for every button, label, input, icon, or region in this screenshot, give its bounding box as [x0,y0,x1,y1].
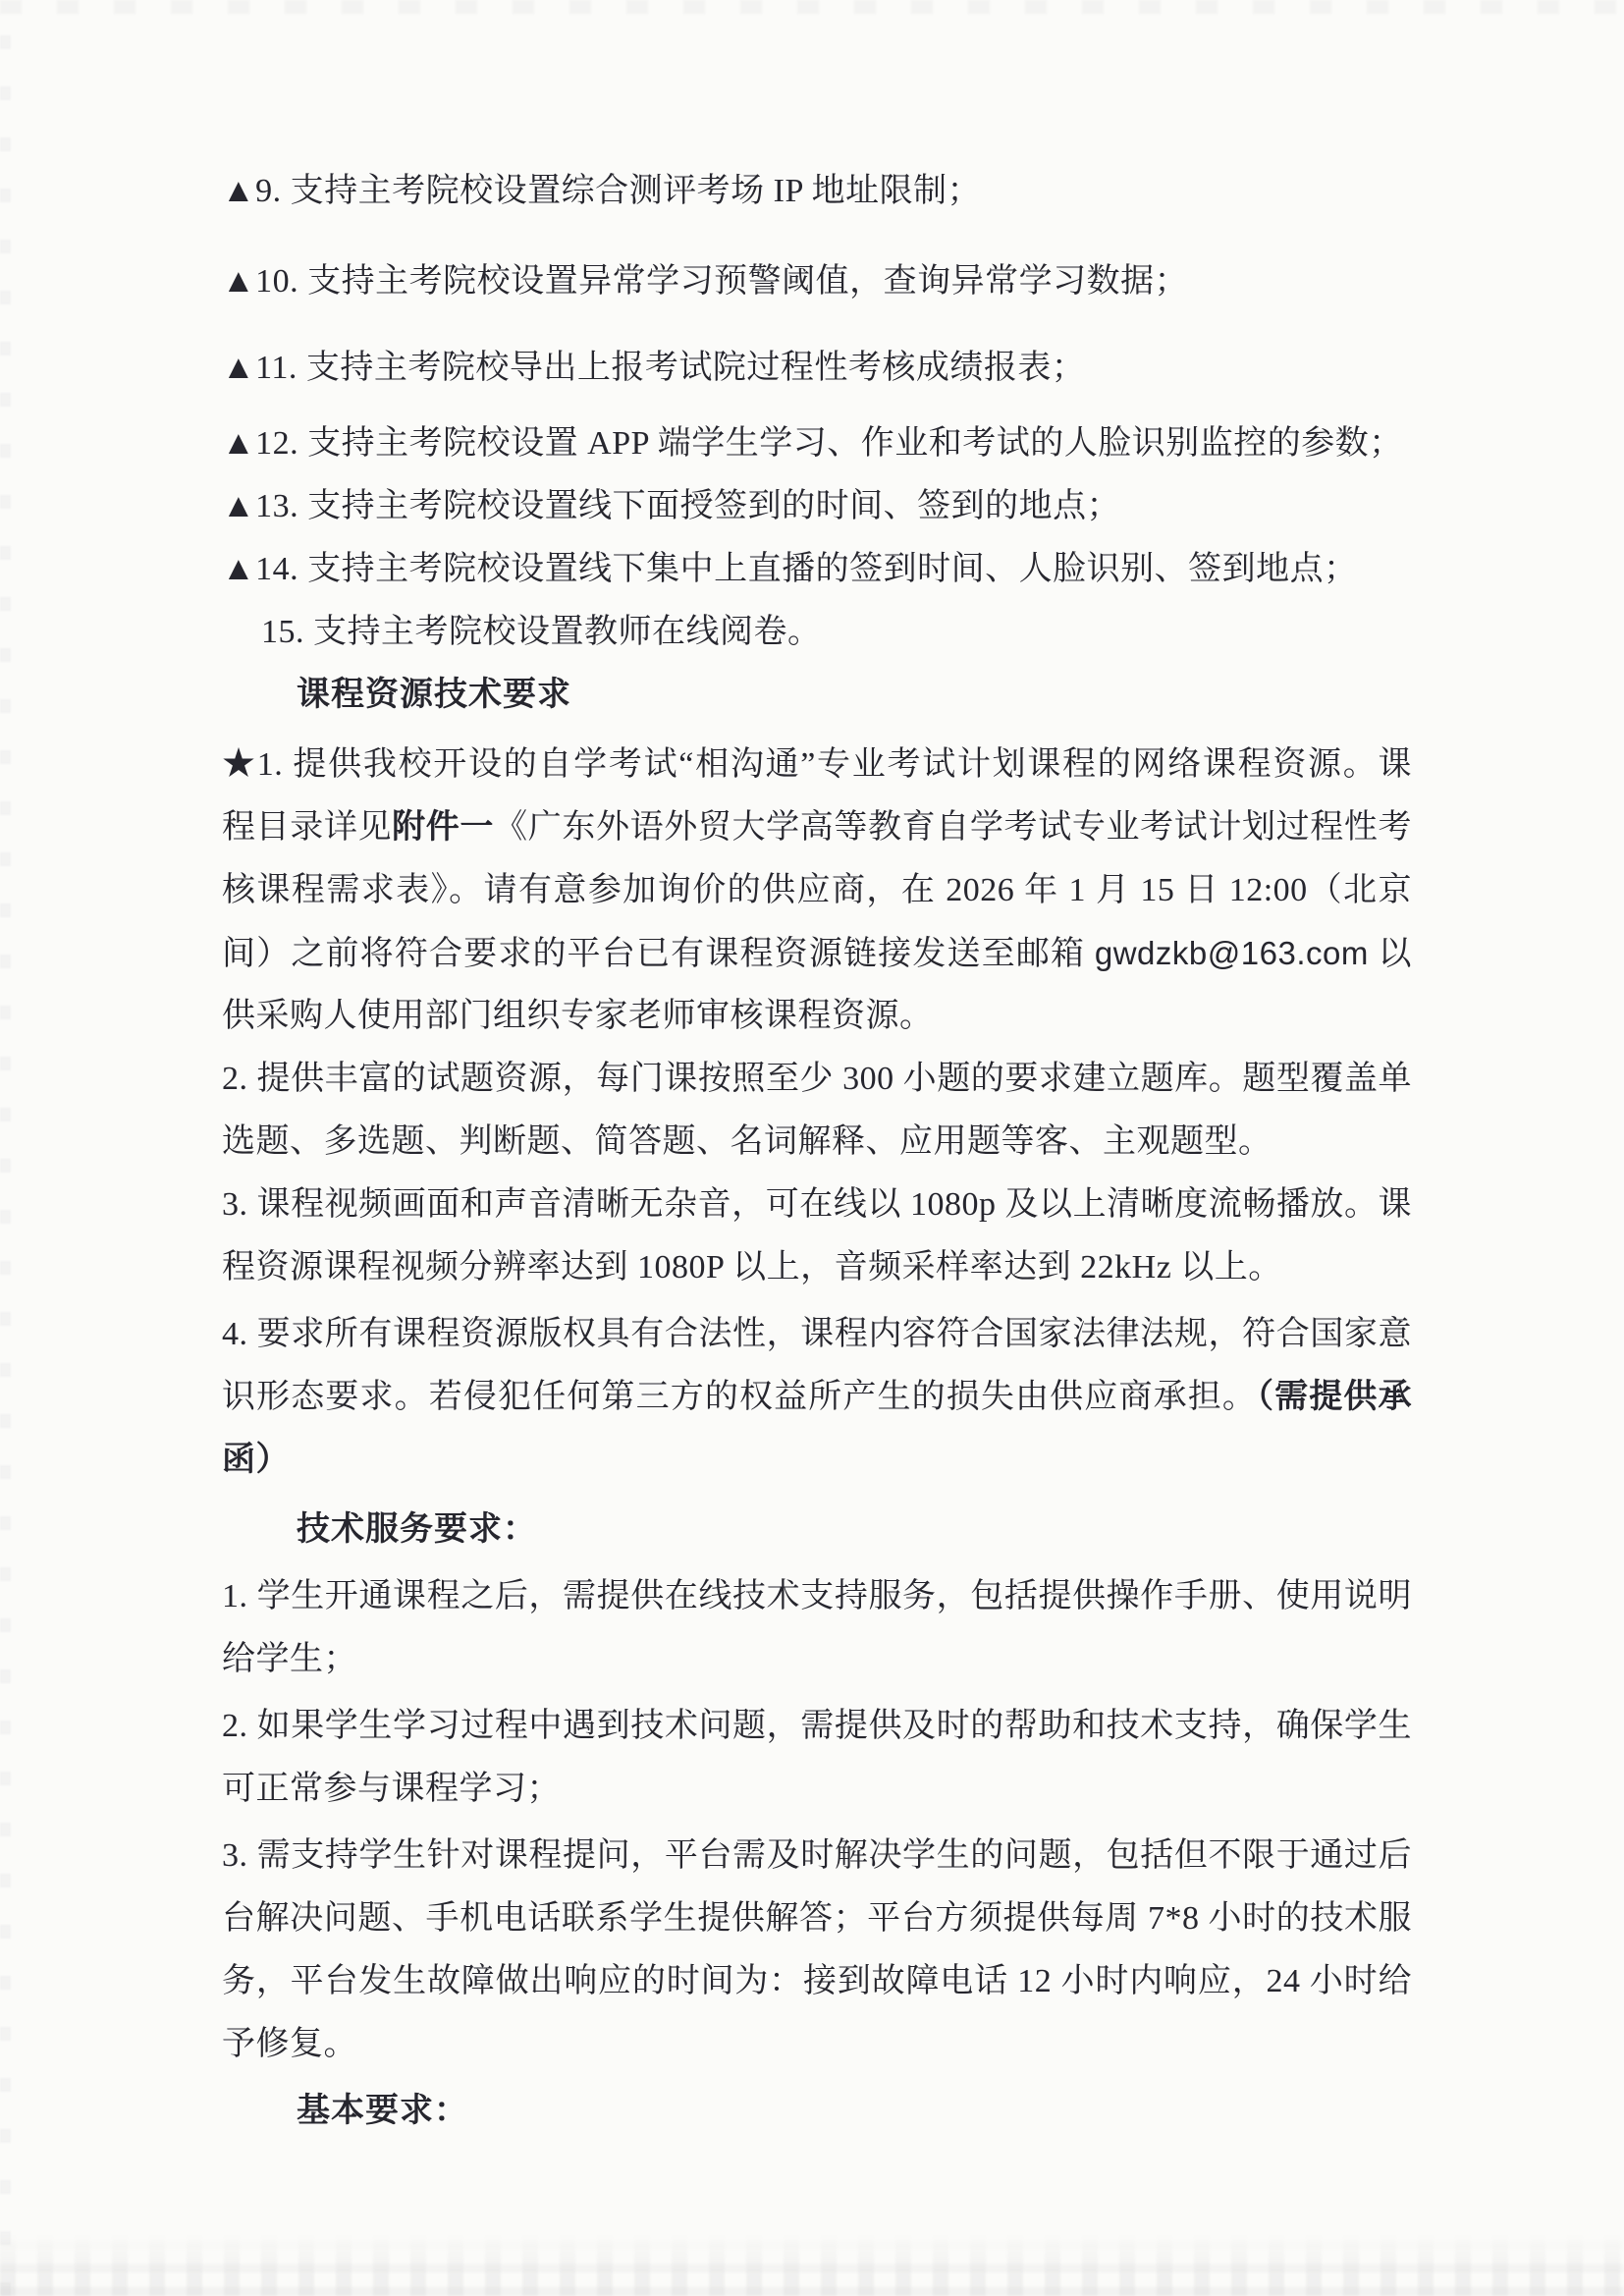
text-segment: 《广东外语外贸大学高等教育自学考试专业考试计划过程性考 [494,809,1412,846]
course-req-1-line-2: 程目录详见附件一《广东外语外贸大学高等教育自学考试专业考试计划过程性考 [222,796,1412,859]
bold-text-segment: 函） [222,1442,290,1478]
text-segment: 2. 提供丰富的试题资源，每门课按照至少 300 小题的要求建立题库。题型覆盖单 [222,1061,1412,1097]
course-req-1-line-4: 间）之前将符合要求的平台已有课程资源链接发送至邮箱 gwdzkb@163.com… [222,922,1412,985]
service-req-2-line-2: 可正常参与课程学习； [222,1758,1412,1821]
requirement-item-10: ▲10. 支持主考院校设置异常学习预警阈值，查询异常学习数据； [222,250,1412,313]
text-segment: 程资源课程视频分辨率达到 1080P 以上，音频采样率达到 22kHz 以上。 [222,1249,1282,1285]
course-req-4-line-2: 识形态要求。若侵犯任何第三方的权益所产生的损失由供应商承担。（需提供承诺 [222,1366,1412,1429]
course-req-1-line-1: ★1. 提供我校开设的自学考试“相沟通”专业考试计划课程的网络课程资源。课 [222,734,1412,796]
section-heading-course-resource-requirements: 课程资源技术要求 [222,664,1412,727]
text-segment: 供采购人使用部门组织专家老师审核课程资源。 [222,998,934,1034]
text-segment: ▲14. 支持主考院校设置线下集中上直播的签到时间、人脸识别、签到地点； [222,551,1358,587]
text-segment: 4. 要求所有课程资源版权具有合法性，课程内容符合国家法律法规，符合国家意 [222,1316,1412,1352]
requirement-item-15: 15. 支持主考院校设置教师在线阅卷。 [222,601,1412,664]
text-segment: 予修复。 [222,2026,357,2062]
text-segment: ★1. 提供我校开设的自学考试“相沟通”专业考试计划课程的网络课程资源。课 [222,746,1412,783]
document-body: ▲9. 支持主考院校设置综合测评考场 IP 地址限制；▲10. 支持主考院校设置… [222,160,1412,2143]
course-req-1-line-3: 核课程需求表》。请有意参加询价的供应商，在 2026 年 1 月 15 日 12… [222,859,1412,922]
text-segment: 技术服务要求： [297,1511,537,1548]
text-segment: 15. 支持主考院校设置教师在线阅卷。 [261,614,822,650]
course-req-4-line-3: 函） [222,1429,1412,1492]
text-segment: 给学生； [222,1641,357,1677]
text-segment: 程目录详见 [222,809,392,846]
course-req-3-line-1: 3. 课程视频画面和声音清晰无杂音，可在线以 1080p 及以上清晰度流畅播放。… [222,1174,1412,1236]
text-segment: 基本要求： [297,2093,468,2129]
requirement-item-9: ▲9. 支持主考院校设置综合测评考场 IP 地址限制； [222,160,1412,223]
text-segment: ▲9. 支持主考院校设置综合测评考场 IP 地址限制； [222,173,981,209]
course-req-2-line-1: 2. 提供丰富的试题资源，每门课按照至少 300 小题的要求建立题库。题型覆盖单 [222,1048,1412,1111]
service-req-3-line-1: 3. 需支持学生针对课程提问，平台需及时解决学生的问题，包括但不限于通过后 [222,1825,1412,1887]
text-segment: 3. 需支持学生针对课程提问，平台需及时解决学生的问题，包括但不限于通过后 [222,1837,1412,1874]
requirement-item-11: ▲11. 支持主考院校导出上报考试院过程性考核成绩报表； [222,337,1412,400]
text-segment: 核课程需求表》。请有意参加询价的供应商，在 2026 年 1 月 15 日 12… [222,872,1412,922]
service-req-2-line-1: 2. 如果学生学习过程中遇到技术问题，需提供及时的帮助和技术支持，确保学生 [222,1695,1412,1758]
course-req-4-line-1: 4. 要求所有课程资源版权具有合法性，课程内容符合国家法律法规，符合国家意 [222,1303,1412,1366]
service-req-1-line-1: 1. 学生开通课程之后，需提供在线技术支持服务，包括提供操作手册、使用说明 [222,1565,1412,1628]
service-req-1-line-2: 给学生； [222,1628,1412,1691]
text-segment: 3. 课程视频画面和声音清晰无杂音，可在线以 1080p 及以上清晰度流畅播放。… [222,1186,1412,1223]
course-req-3-line-2: 程资源课程视频分辨率达到 1080P 以上，音频采样率达到 22kHz 以上。 [222,1236,1412,1299]
text-segment: 间）之前将符合要求的平台已有课程资源链接发送至邮箱 [222,936,1095,972]
text-segment: 可正常参与课程学习； [222,1771,561,1807]
service-req-3-line-4: 予修复。 [222,2013,1412,2076]
text-segment: 课程资源技术要求 [297,677,571,713]
scan-noise-top [0,0,1624,14]
text-segment: ▲10. 支持主考院校设置异常学习预警阈值，查询异常学习数据； [222,263,1188,300]
course-req-1-line-5: 供采购人使用部门组织专家老师审核课程资源。 [222,985,1412,1048]
latin-text-segment: gwdzkb@163.com [1095,935,1369,971]
scan-noise-left [0,0,11,2296]
requirement-item-12: ▲12. 支持主考院校设置 APP 端学生学习、作业和考试的人脸识别监控的参数； [222,412,1412,475]
bold-text-segment: 附件一 [392,809,494,846]
text-segment: 识形态要求。若侵犯任何第三方的权益所产生的损失由供应商承担。 [222,1379,1257,1415]
text-segment: 以 [1369,936,1412,972]
text-segment: 台解决问题、手机电话联系学生提供解答；平台方须提供每周 7*8 小时的技术服 [222,1900,1412,1937]
text-segment: 2. 如果学生学习过程中遇到技术问题，需提供及时的帮助和技术支持，确保学生 [222,1708,1412,1744]
text-segment: 务，平台发生故障做出响应的时间为：接到故障电话 12 小时内响应，24 小时给 [222,1963,1412,1999]
requirement-item-14: ▲14. 支持主考院校设置线下集中上直播的签到时间、人脸识别、签到地点； [222,538,1412,601]
section-heading-basic-requirements: 基本要求： [222,2080,1412,2143]
section-heading-technical-service-requirements: 技术服务要求： [222,1499,1412,1561]
course-req-2-line-2: 选题、多选题、判断题、简答题、名词解释、应用题等客、主观题型。 [222,1111,1412,1174]
text-segment: ▲12. 支持主考院校设置 APP 端学生学习、作业和考试的人脸识别监控的参数； [222,425,1403,462]
service-req-3-line-2: 台解决问题、手机电话联系学生提供解答；平台方须提供每周 7*8 小时的技术服 [222,1887,1412,1950]
text-segment: 选题、多选题、判断题、简答题、名词解释、应用题等客、主观题型。 [222,1123,1272,1160]
scan-noise-bottom [0,2233,1624,2296]
text-segment: ▲13. 支持主考院校设置线下面授签到的时间、签到的地点； [222,488,1120,524]
service-req-3-line-3: 务，平台发生故障做出响应的时间为：接到故障电话 12 小时内响应，24 小时给 [222,1950,1412,2013]
scanned-document-page: ▲9. 支持主考院校设置综合测评考场 IP 地址限制；▲10. 支持主考院校设置… [0,0,1624,2296]
text-segment: ▲11. 支持主考院校导出上报考试院过程性考核成绩报表； [222,350,1085,386]
requirement-item-13: ▲13. 支持主考院校设置线下面授签到的时间、签到的地点； [222,475,1412,538]
text-segment: 1. 学生开通课程之后，需提供在线技术支持服务，包括提供操作手册、使用说明 [222,1578,1412,1614]
